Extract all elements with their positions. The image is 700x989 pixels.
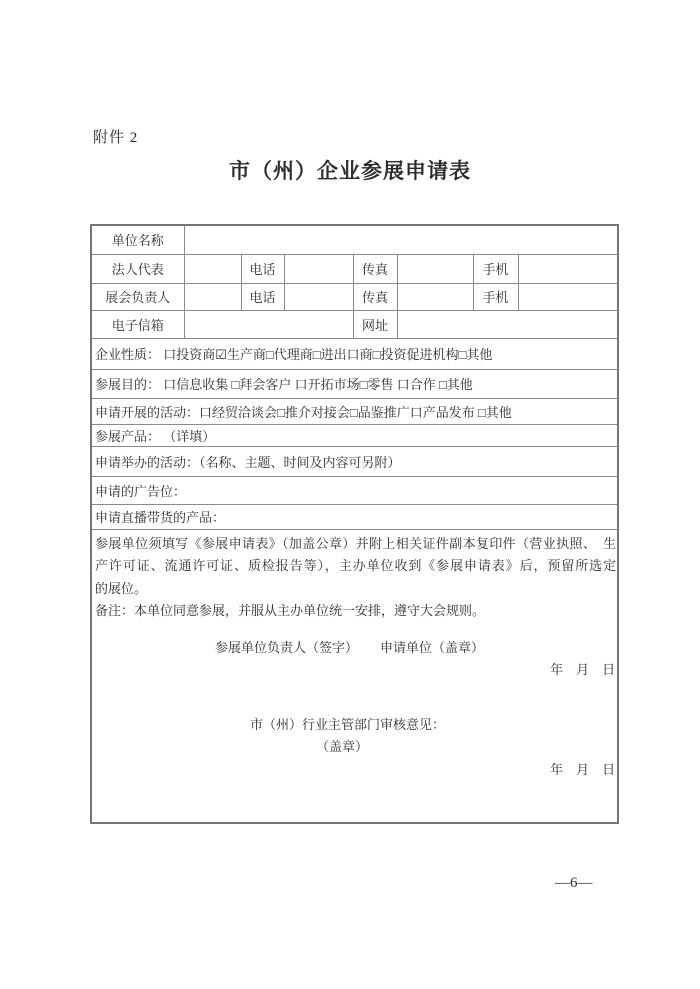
legal-rep-label: 法人代表 — [91, 254, 184, 283]
website-value-cell — [397, 310, 618, 338]
unit-name-label: 单位名称 — [91, 225, 184, 254]
manager-mobile-value-cell — [518, 283, 618, 310]
website-label: 网址 — [353, 310, 397, 338]
unit-name-row: 单位名称 — [91, 225, 618, 254]
manager-phone-label: 电话 — [241, 283, 284, 310]
livestream-products-text: 申请直播带货的产品： — [91, 504, 618, 529]
exhibition-purpose-text: 参展目的： 口信息收集 □拜会客户 口开拓市场□零售 口合作 □其他 — [91, 369, 618, 398]
requested-activities-row: 申请开展的活动：口经贸洽谈会□推介对接会□品鉴推广口产品发布 □其他 — [91, 398, 618, 424]
legal-rep-fax-label: 传真 — [353, 254, 397, 283]
notes-signature-cell: 参展单位须填写《参展申请表》（加盖公章）并附上相关证件副本复印件（营业执照、 生… — [91, 529, 618, 823]
notes-line-2: 产许可证、流通许可证、质检报告等），主办单位收到《参展申请表》后，预留所选定 — [95, 555, 616, 578]
exhibitor-signature-label: 参展单位负责人（签字） — [215, 640, 358, 655]
notes-signature-row: 参展单位须填写《参展申请表》（加盖公章）并附上相关证件副本复印件（营业执照、 生… — [91, 529, 618, 823]
manager-phone-value-cell — [284, 283, 353, 310]
email-value-cell — [184, 310, 353, 338]
legal-rep-mobile-value-cell — [518, 254, 618, 283]
page-number: —6— — [555, 875, 593, 892]
unit-name-value-cell — [184, 225, 618, 254]
notes-line-3: 的展位。 — [95, 578, 616, 601]
ad-space-row: 申请的广告位： — [91, 476, 618, 504]
manager-fax-label: 传真 — [353, 283, 397, 310]
legal-rep-mobile-label: 手机 — [473, 254, 518, 283]
email-website-row: 电子信箱 网址 — [91, 310, 618, 338]
applicant-seal-label: 申请单位（盖章） — [380, 640, 484, 655]
exhibition-manager-row: 展会负责人 电话 传真 手机 — [91, 283, 618, 310]
legal-rep-phone-label: 电话 — [241, 254, 284, 283]
hosted-activities-text: 申请举办的活动：（名称、主题、时间及内容可另附） — [91, 446, 618, 476]
livestream-products-row: 申请直播带货的产品： — [91, 504, 618, 529]
review-date-line: 年 月 日 — [95, 759, 616, 782]
manager-value-cell — [184, 283, 241, 310]
hosted-activities-row: 申请举办的活动：（名称、主题、时间及内容可另附） — [91, 446, 618, 476]
page-title: 市（州）企业参展申请表 — [0, 155, 700, 185]
exhibition-products-text: 参展产品： （详填） — [91, 424, 618, 446]
manager-label: 展会负责人 — [91, 283, 184, 310]
manager-mobile-label: 手机 — [473, 283, 518, 310]
requested-activities-text: 申请开展的活动：口经贸洽谈会□推介对接会□品鉴推广口产品发布 □其他 — [91, 398, 618, 424]
signature-labels-line: 参展单位负责人（签字）申请单位（盖章） — [95, 637, 616, 660]
email-label: 电子信箱 — [91, 310, 184, 338]
exhibition-purpose-row: 参展目的： 口信息收集 □拜会客户 口开拓市场□零售 口合作 □其他 — [91, 369, 618, 398]
review-seal-label: （盖章） — [95, 736, 616, 759]
notes-line-1: 参展单位须填写《参展申请表》（加盖公章）并附上相关证件副本复印件（营业执照、 生 — [95, 533, 616, 556]
legal-rep-fax-value-cell — [397, 254, 473, 283]
attachment-label: 附件 2 — [93, 126, 138, 147]
legal-rep-phone-value-cell — [284, 254, 353, 283]
application-form-table: 单位名称 法人代表 电话 传真 手机 展会负责人 电话 传真 手机 电子信箱 — [90, 224, 619, 824]
legal-rep-value-cell — [184, 254, 241, 283]
manager-fax-value-cell — [397, 283, 473, 310]
document-page: 附件 2 市（州）企业参展申请表 单位名称 法人代表 电话 传真 手机 展会负责… — [0, 0, 700, 989]
notes-remark: 备注：本单位同意参展，并服从主办单位统一安排，遵守大会规则。 — [95, 600, 616, 623]
signature-date-line: 年 月 日 — [95, 659, 616, 682]
review-opinion-title: 市（州）行业主管部门审核意见： — [95, 714, 616, 737]
enterprise-nature-row: 企业性质： 口投资商☑生产商□代理商□进出口商□投资促进机构□其他 — [91, 338, 618, 369]
enterprise-nature-text: 企业性质： 口投资商☑生产商□代理商□进出口商□投资促进机构□其他 — [91, 338, 618, 369]
legal-rep-row: 法人代表 电话 传真 手机 — [91, 254, 618, 283]
ad-space-text: 申请的广告位： — [91, 476, 618, 504]
exhibition-products-row: 参展产品： （详填） — [91, 424, 618, 446]
